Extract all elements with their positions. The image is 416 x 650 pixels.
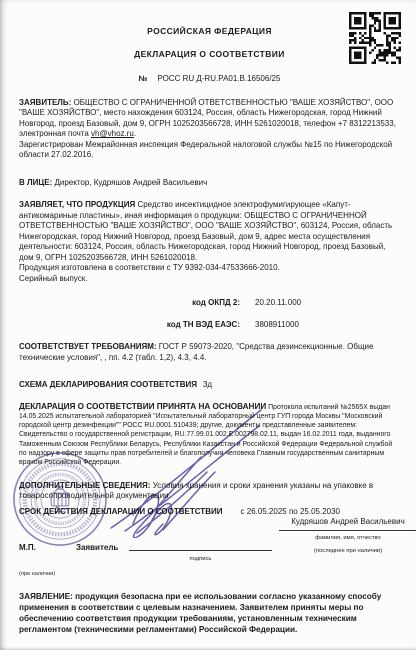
tnved-value: 3808911000 <box>255 320 299 331</box>
signature-block: М.П. (при наличии) Заявитель подпись Куд… <box>19 517 400 583</box>
number-label: № <box>139 74 148 83</box>
basis-text: Протокола испытаний №2565Х выдан 14.05.2… <box>19 404 392 467</box>
document-title: ДЕКЛАРАЦИЯ О СООТВЕТСТВИИ <box>19 49 400 60</box>
signature-caption: подпись <box>129 554 272 565</box>
codes-block: код ОКПД 2: 20.20.11.000 код ТН ВЭД ЕАЭС… <box>19 298 400 330</box>
document-content: РОССИЙСКАЯ ФЕДЕРАЦИЯ ДЕКЛАРАЦИЯ О СООТВЕ… <box>0 0 416 635</box>
applicant-label: ЗАЯВИТЕЛЬ: <box>19 98 71 107</box>
scheme-value: 3д <box>203 380 212 389</box>
stamp-place-note: (при наличии) <box>19 569 55 580</box>
basis-label: ДЕКЛАРАЦИЯ О СООТВЕТСТВИИ ПРИНЯТА НА ОСН… <box>19 402 266 411</box>
okpd-code-row: код ОКПД 2: 20.20.11.000 <box>19 298 400 309</box>
person-text: Директор, Кудряшов Андрей Васильевич <box>54 178 207 187</box>
additional-label: ДОПОЛНИТЕЛЬНЫЕ СВЕДЕНИЯ: <box>19 481 150 490</box>
requirements-label: СООТВЕТСТВУЕТ ТРЕБОВАНИЯМ: <box>19 342 157 351</box>
product-serial-note: Серийный выпуск. <box>19 274 87 283</box>
product-text: Средство инсектицидное электрофумигирующ… <box>19 200 392 262</box>
applicant-registration-note: Зарегистрирован Межрайонная инспекция Фе… <box>19 140 392 160</box>
qr-code-icon <box>349 12 401 64</box>
applicant-text: ОБЩЕСТВО С ОГРАНИЧЕННОЙ ОТВЕТСТВЕННОСТЬЮ… <box>19 98 396 139</box>
statement-paragraph: ЗАЯВЛЕНИЕ: продукция безопасна при ее ис… <box>19 591 400 635</box>
tnved-label: код ТН ВЭД ЕАЭС: <box>19 320 240 331</box>
name-line: Кудряшов Андрей Васильевич фамилия, имя,… <box>279 517 416 557</box>
person-label: В ЛИЦЕ: <box>19 178 52 187</box>
product-label: ЗАЯВЛЯЕТ, ЧТО ПРОДУКЦИЯ <box>19 200 135 209</box>
name-caption-2: (последнее при наличии) <box>279 546 416 557</box>
requirements-paragraph: СООТВЕТСТВУЕТ ТРЕБОВАНИЯМ: ГОСТ Р 59073-… <box>19 342 400 363</box>
additional-paragraph: ДОПОЛНИТЕЛЬНЫЕ СВЕДЕНИЯ: Условия хранени… <box>19 481 400 502</box>
product-paragraph: ЗАЯВЛЯЕТ, ЧТО ПРОДУКЦИЯ Средство инсекти… <box>19 200 400 284</box>
statement-label: ЗАЯВЛЕНИЕ: <box>19 592 73 601</box>
name-caption: фамилия, имя, отчество <box>279 533 416 544</box>
okpd-label: код ОКПД 2: <box>19 298 240 309</box>
product-tu-note: Продукция изготовлена в соответствии с Т… <box>19 263 280 272</box>
declarant-label: Заявитель <box>76 543 118 554</box>
person-paragraph: В ЛИЦЕ: Директор, Кудряшов Андрей Василь… <box>19 178 400 189</box>
okpd-value: 20.20.11.000 <box>255 298 301 309</box>
signature-line <box>129 525 272 551</box>
stamp-place-label: М.П. <box>19 543 36 554</box>
scheme-label: СХЕМА ДЕКЛАРИРОВАНИЯ СООТВЕТСТВИЯ <box>19 380 197 389</box>
statement-text: продукция безопасна при ее использовании… <box>19 592 381 634</box>
basis-paragraph: ДЕКЛАРАЦИЯ О СООТВЕТСТВИИ ПРИНЯТА НА ОСН… <box>19 402 400 468</box>
validity-row: СРОК ДЕЙСТВИЯ ДЕКЛАРАЦИИ О СООТВЕТСТВИИс… <box>19 507 400 518</box>
declaration-document-page: РОССИЙСКАЯ ФЕДЕРАЦИЯ ДЕКЛАРАЦИЯ О СООТВЕ… <box>0 0 416 650</box>
tnved-code-row: код ТН ВЭД ЕАЭС: 3808911000 <box>19 320 400 331</box>
scheme-row: СХЕМА ДЕКЛАРИРОВАНИЯ СООТВЕТСТВИЯ3д <box>19 380 400 391</box>
validity-value: с 26.05.2025 по 25.05.2030 <box>240 507 340 516</box>
country-heading: РОССИЙСКАЯ ФЕДЕРАЦИЯ <box>19 26 400 37</box>
applicant-text-after: . <box>134 129 136 138</box>
validity-label: СРОК ДЕЙСТВИЯ ДЕКЛАРАЦИИ О СООТВЕТСТВИИ <box>19 507 222 516</box>
applicant-paragraph: ЗАЯВИТЕЛЬ: ОБЩЕСТВО С ОГРАНИЧЕННОЙ ОТВЕТ… <box>19 98 400 161</box>
declaration-number-line: №РОСС RU Д-RU.РА01.В.16506/25 <box>19 74 400 85</box>
declaration-number: РОСС RU Д-RU.РА01.В.16506/25 <box>157 74 280 83</box>
applicant-email: vh@vhoz.ru <box>91 129 134 138</box>
signer-name: Кудряшов Андрей Васильевич <box>279 517 416 531</box>
